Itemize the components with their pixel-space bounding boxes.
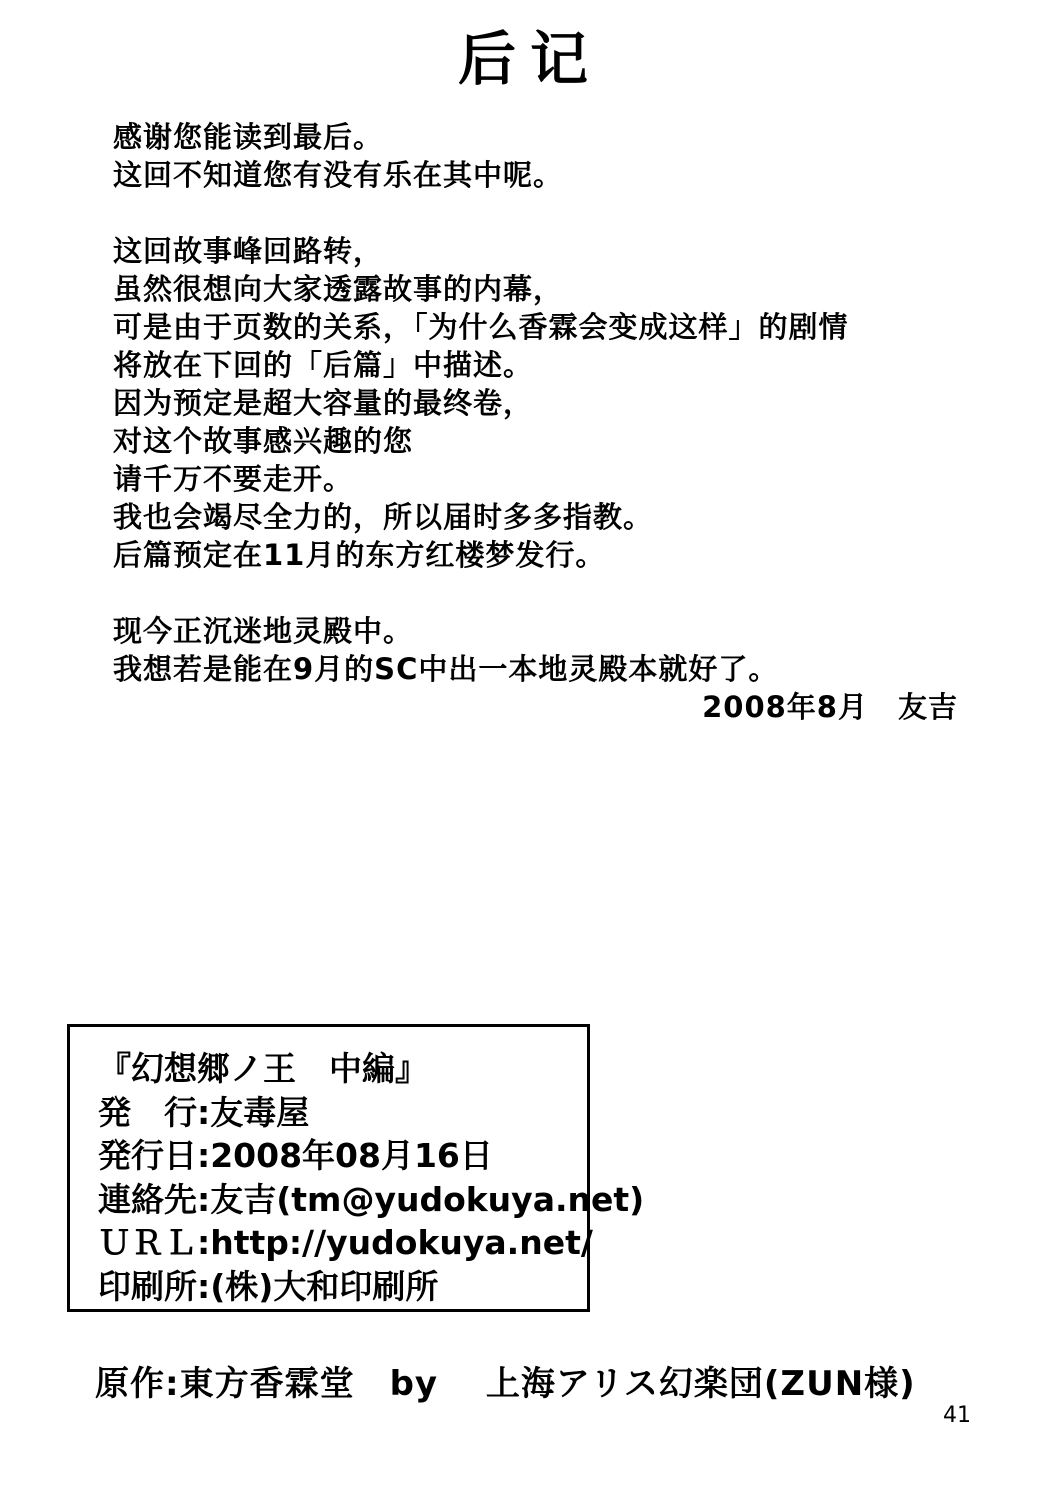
afterword-line: 虽然很想向大家透露故事的内幕， [113,270,958,308]
afterword-line: 将放在下回的「后篇」中描述。 [113,346,958,384]
afterword-line: 我也会竭尽全力的，所以届时多多指教。 [113,498,958,536]
afterword-line: 请千万不要走开。 [113,460,958,498]
afterword-line: 可是由于页数的关系，「为什么香霖会变成这样」的剧情 [113,308,958,346]
page-number: 41 [943,1403,971,1428]
page-title: 后记 [0,22,1060,96]
afterword-text: 感谢您能读到最后。 这回不知道您有没有乐在其中呢。 这回故事峰回路转， 虽然很想… [113,118,958,726]
afterword-line: 因为预定是超大容量的最终卷， [113,384,958,422]
afterword-line: 现今正沉迷地灵殿中。 [113,612,958,650]
colophon-publisher: 発 行:友毒屋 [98,1091,579,1135]
colophon-contact: 連絡先:友吉(tm@yudokuya.net) [98,1178,579,1222]
afterword-line: 对这个故事感兴趣的您 [113,422,958,460]
afterword-line-blank [113,194,958,232]
afterword-page: 后记 感谢您能读到最后。 这回不知道您有没有乐在其中呢。 这回故事峰回路转， 虽… [0,0,1060,1500]
original-work-credit: 原作:東方香霖堂 by 上海アリス幻楽団(ZUN様) [95,1356,916,1405]
afterword-line: 后篇预定在11月的东方红楼梦发行。 [113,536,958,574]
colophon-printer: 印刷所:(株)大和印刷所 [98,1265,579,1309]
signature-date: 2008年8月 友吉 [113,688,958,726]
afterword-line: 感谢您能读到最后。 [113,118,958,156]
afterword-line: 这回不知道您有没有乐在其中呢。 [113,156,958,194]
afterword-line: 这回故事峰回路转， [113,232,958,270]
colophon-book-title: 『幻想郷ノ王 中編』 [98,1047,579,1091]
afterword-line: 我想若是能在9月的SC中出一本地灵殿本就好了。 [113,650,958,688]
colophon-box: 『幻想郷ノ王 中編』 発 行:友毒屋 発行日:2008年08月16日 連絡先:友… [67,1024,590,1312]
afterword-line-blank [113,574,958,612]
colophon-url: ＵＲＬ:http://yudokuya.net/ [98,1221,579,1265]
colophon-publish-date: 発行日:2008年08月16日 [98,1134,579,1178]
